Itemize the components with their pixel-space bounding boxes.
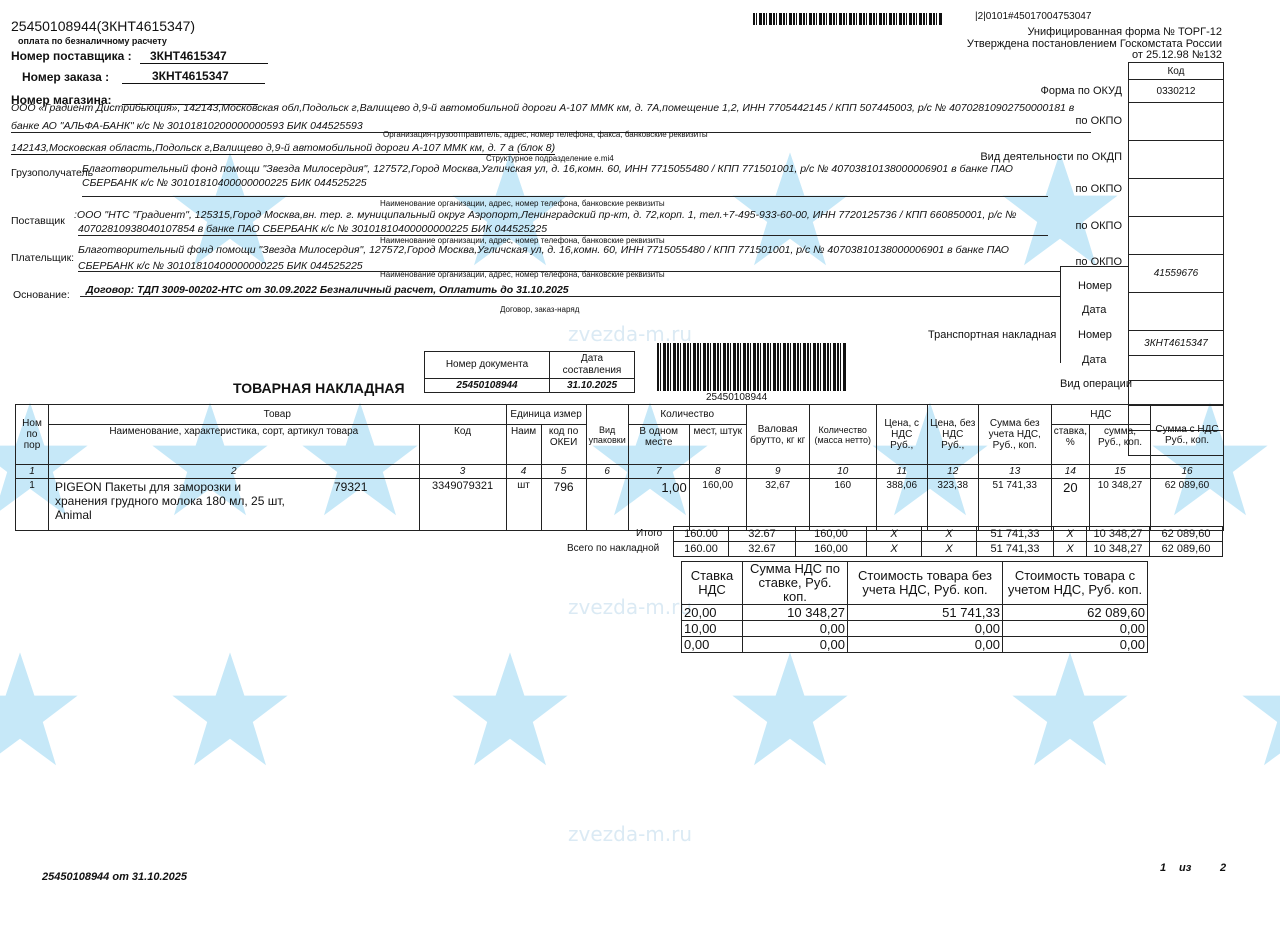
okud-code: 0330212 [1129, 80, 1224, 103]
consignee-bank: СБЕРБАНК к/с № 30101810400000000225 БИК … [82, 177, 367, 189]
vat-row: 10,00 0,00 0,00 0,00 [682, 621, 1148, 637]
page-current: 1 [1160, 862, 1166, 874]
th-unit-name: Наим [506, 425, 541, 465]
itogo-sum: 51 741,33 [977, 527, 1054, 542]
supplier-number: 3КНТ4615347 [140, 49, 268, 64]
supplier-bank: 40702810938040107854 в банке ПАО СБЕРБАН… [78, 223, 547, 235]
itogo-row: 160.00 32.67 160,00 X X 51 741,33 X 10 3… [674, 527, 1223, 542]
th-qty: Количество [628, 405, 746, 425]
operation-label: Вид операции [1060, 378, 1132, 390]
vat-h-net: Стоимость товара без учета НДС, Руб. коп… [848, 562, 1003, 605]
top-code: |2|0101#45017004753047 [975, 11, 1091, 22]
document-id: 25450108944(3КНТ4615347) [11, 18, 195, 34]
vsego-price-vat: X [867, 542, 922, 557]
document-barcode [657, 343, 847, 391]
shipper-caption: Организация-грузоотправитель, адрес, ном… [383, 130, 708, 139]
consignee-label: Грузополучатель [11, 167, 93, 179]
th-okei: код по ОКЕИ [541, 425, 586, 465]
document-number-table: Номер документа Дата составления 2545010… [424, 351, 635, 393]
th-net: Количество (масса нетто) [809, 405, 876, 465]
barcode-text: 25450108944 [706, 392, 767, 403]
cell-rate: 20 [1051, 479, 1089, 531]
totals-table: 160.00 32.67 160,00 X X 51 741,33 X 10 3… [673, 526, 1223, 557]
column-number: 8 [689, 465, 746, 479]
table-row: 1 PIGEON Пакеты для заморозки и хранения… [16, 479, 1224, 531]
vat-cell: 62 089,60 [1003, 605, 1148, 621]
okpo-label-shipper: по ОКПО [1075, 115, 1122, 127]
vat-row: 20,00 10 348,27 51 741,33 62 089,60 [682, 605, 1148, 621]
vat-cell: 0,00 [743, 637, 848, 653]
barcode-small [753, 13, 943, 25]
vat-cell: 0,00 [848, 637, 1003, 653]
th-places: мест, штук [689, 425, 746, 465]
vat-h-gross: Стоимость товара с учетом НДС, Руб. коп. [1003, 562, 1148, 605]
vat-summary-table: Ставка НДС Сумма НДС по ставке, Руб. коп… [681, 561, 1148, 653]
codes-header: Код [1129, 63, 1224, 80]
itogo-price: X [922, 527, 977, 542]
okdp-label: Вид деятельности по ОКДП [980, 151, 1122, 163]
order-number: 3КНТ4615347 [122, 69, 265, 84]
page-of: из [1179, 862, 1191, 874]
column-number: 9 [746, 465, 809, 479]
okud-label: Форма по ОКУД [1041, 85, 1123, 97]
itogo-total: 62 089,60 [1150, 527, 1223, 542]
cell-okei: 796 [541, 479, 586, 531]
shipper-org: ООО «Градиент Дистрибьюция», 142143,Моск… [11, 102, 1091, 114]
vsego-vat: 10 348,27 [1087, 542, 1150, 557]
vat-cell: 51 741,33 [848, 605, 1003, 621]
column-number: 4 [506, 465, 541, 479]
vsego-label: Всего по накладной [567, 543, 659, 554]
column-number: 5 [541, 465, 586, 479]
form-date: от 25.12.98 №132 [1132, 49, 1222, 61]
vat-cell: 0,00 [1003, 621, 1148, 637]
footer-doc-ref: 25450108944 от 31.10.2025 [42, 871, 187, 883]
itogo-label: Итого [636, 528, 662, 539]
vsego-rate: X [1054, 542, 1087, 557]
cell-unit: шт [506, 479, 541, 531]
cell-code: 3349079321 [419, 479, 506, 531]
cell-n: 1 [16, 479, 49, 531]
itogo-gross: 32.67 [729, 527, 796, 542]
shipper-bank: банке АО "АЛЬФА-БАНК" к/с № 301018102000… [11, 120, 363, 132]
cell-price-vat: 388,06 [876, 479, 927, 531]
payer-label: Плательщик: [11, 252, 74, 264]
vat-cell: 20,00 [682, 605, 743, 621]
codes-table: Код 0330212 41559676 3КНТ4615347 [1128, 62, 1224, 456]
th-unit: Единица измер [506, 405, 586, 425]
th-vat-sum: сумма, Руб., коп. [1090, 425, 1151, 465]
cell-total: 62 089,60 [1151, 479, 1224, 531]
doc-date-label: Дата составления [550, 352, 635, 379]
vat-cell: 10 348,27 [743, 605, 848, 621]
basis-number: 3КНТ4615347 [1129, 331, 1224, 356]
number-label: Номер [1078, 280, 1112, 292]
cell-places: 160,00 [689, 479, 746, 531]
itogo-places: 160.00 [674, 527, 729, 542]
column-number: 7 [628, 465, 689, 479]
supplier-label: Поставщик [11, 215, 65, 227]
date-label: Дата [1082, 304, 1106, 316]
order-number-label: Номер заказа : [22, 70, 109, 84]
vat-cell: 0,00 [1003, 637, 1148, 653]
cell-vat: 10 348,27 [1090, 479, 1151, 531]
vat-cell: 0,00 [682, 637, 743, 653]
column-number: 1 [16, 465, 49, 479]
payer-caption: Наименование организации, адрес, номер т… [380, 270, 665, 279]
basis-caption: Договор, заказ-наряд [500, 305, 579, 314]
payer: Благотворительный фонд помощи "Звезда Ми… [78, 244, 1038, 256]
vsego-row: 160.00 32.67 160,00 X X 51 741,33 X 10 3… [674, 542, 1223, 557]
column-number: 11 [876, 465, 927, 479]
doc-number-label: Номер документа [425, 352, 550, 379]
vat-cell: 10,00 [682, 621, 743, 637]
basis: Договор: ТДП 3009-00202-НТС от 30.09.202… [86, 284, 569, 296]
th-gross: Валовая брутто, кг кг [746, 405, 809, 465]
cell-net: 160 [809, 479, 876, 531]
th-name: Наименование, характеристика, сорт, арти… [49, 425, 420, 465]
itogo-rate: X [1054, 527, 1087, 542]
itogo-net: 160,00 [796, 527, 867, 542]
th-num: Ном по пор [16, 405, 49, 465]
cell-gross: 32,67 [746, 479, 809, 531]
doc-number: 25450108944 [425, 379, 550, 393]
cell-per-place: 1,00 [628, 479, 689, 531]
document-title: ТОВАРНАЯ НАКЛАДНАЯ [233, 380, 405, 396]
itogo-price-vat: X [867, 527, 922, 542]
th-code: Код [419, 425, 506, 465]
th-price-vat: Цена, с НДС Руб., [876, 405, 927, 465]
th-sum: Сумма без учета НДС, Руб., коп. [978, 405, 1051, 465]
goods-table: Ном по пор Товар Единица измер Вид упако… [15, 404, 1224, 531]
cell-pack [586, 479, 628, 531]
column-number: 16 [1151, 465, 1224, 479]
th-rate: ставка, % [1051, 425, 1089, 465]
column-number: 10 [809, 465, 876, 479]
vat-cell: 0,00 [743, 621, 848, 637]
vsego-places: 160.00 [674, 542, 729, 557]
division: 142143,Московская область,Подольск г,Вал… [11, 142, 555, 155]
th-per-place: В одном месте [628, 425, 689, 465]
column-number: 2 [49, 465, 420, 479]
payment-note: оплата по безналичному расчету [18, 36, 167, 46]
basis-label: Основание: [13, 289, 70, 301]
okpo-label-consignee: по ОКПО [1075, 183, 1122, 195]
consignee: Благотворительный фонд помощи "Звезда Ми… [82, 163, 1062, 175]
vsego-gross: 32.67 [729, 542, 796, 557]
itogo-vat: 10 348,27 [1087, 527, 1150, 542]
transport-date-label: Дата [1082, 354, 1106, 366]
supplier: :ООО "НТС "Градиент", 125315,Город Москв… [74, 209, 1054, 221]
vsego-net: 160,00 [796, 542, 867, 557]
th-price: Цена, без НДС Руб., [927, 405, 978, 465]
division-caption: Структурное подразделение e.mi4 [486, 154, 614, 163]
column-number: 13 [978, 465, 1051, 479]
consignee-caption: Наименование организации, адрес, номер т… [380, 199, 665, 208]
vat-h-sum: Сумма НДС по ставке, Руб. коп. [743, 562, 848, 605]
page-total: 2 [1220, 862, 1226, 874]
supplier-number-label: Номер поставщика : [11, 49, 132, 63]
column-number: 14 [1051, 465, 1089, 479]
cell-sum: 51 741,33 [978, 479, 1051, 531]
form-title: Унифицированная форма № ТОРГ-12 [1027, 26, 1222, 38]
vat-cell: 0,00 [848, 621, 1003, 637]
supplier-okpo: 41559676 [1129, 255, 1224, 293]
okpo-label-supplier: по ОКПО [1075, 220, 1122, 232]
th-total: Сумма с НДС Руб., коп. [1151, 405, 1224, 465]
th-vat: НДС [1051, 405, 1150, 425]
transport-number-label: Номер [1078, 329, 1112, 341]
th-goods: Товар [49, 405, 507, 425]
th-pack: Вид упаковки [586, 405, 628, 465]
vsego-price: X [922, 542, 977, 557]
vsego-total: 62 089,60 [1150, 542, 1223, 557]
column-number: 15 [1090, 465, 1151, 479]
doc-date: 31.10.2025 [550, 379, 635, 393]
vat-row: 0,00 0,00 0,00 0,00 [682, 637, 1148, 653]
cell-name: PIGEON Пакеты для заморозки и хранения г… [51, 480, 285, 522]
column-number: 12 [927, 465, 978, 479]
vat-h-rate: Ставка НДС [682, 562, 743, 605]
cell-price: 323,38 [927, 479, 978, 531]
cell-article: 79321 [334, 480, 367, 494]
column-number: 6 [586, 465, 628, 479]
column-number: 3 [419, 465, 506, 479]
column-numbers-row: 12345678910111213141516 [16, 465, 1224, 479]
vsego-sum: 51 741,33 [977, 542, 1054, 557]
transport-label: Транспортная накладная [928, 329, 1056, 341]
